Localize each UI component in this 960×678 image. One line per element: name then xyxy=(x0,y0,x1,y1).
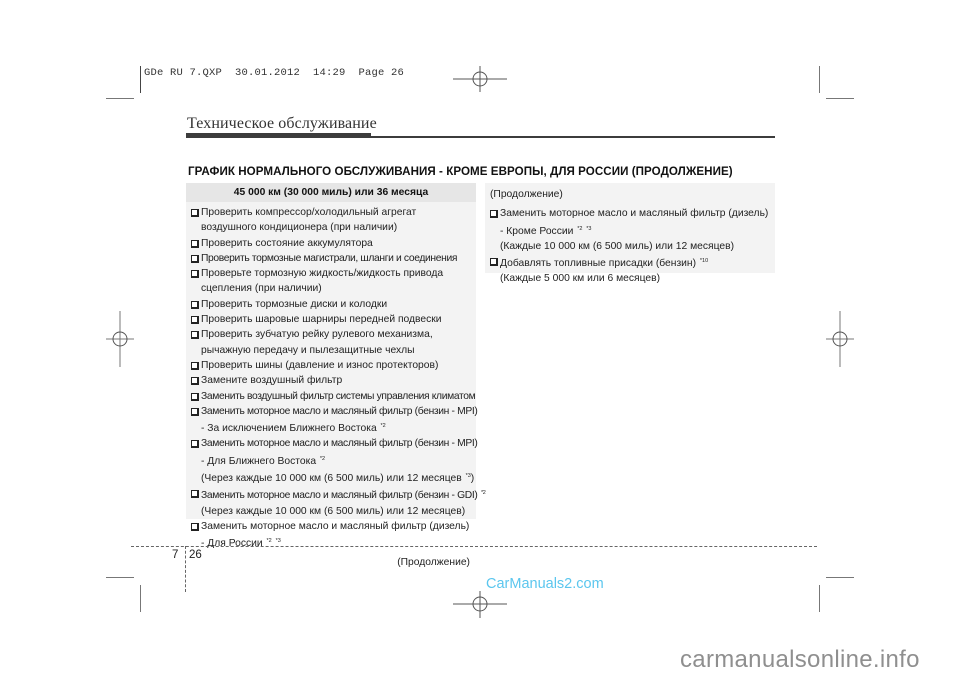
checklist-item-label: Проверить состояние аккумулятора xyxy=(201,238,373,249)
checklist-item-note: - Кроме России *2 *3 xyxy=(490,222,771,239)
checklist-item: Заменить моторное масло и масляный фильт… xyxy=(191,519,472,534)
registration-mark-top-icon xyxy=(453,52,507,106)
checklist-item: Заменить моторное масло и масляный фильт… xyxy=(191,404,472,419)
footnote-marker: *3 xyxy=(276,538,281,544)
checklist-item-label: Заменить моторное масло и масляный фильт… xyxy=(201,438,477,449)
checkbox-icon xyxy=(191,316,199,324)
footnote-marker: *2 xyxy=(267,538,272,544)
slug-bar xyxy=(140,66,141,93)
checklist-item-label: Проверить тормозные магистрали, шланги и… xyxy=(201,253,457,264)
checkbox-icon xyxy=(191,377,199,385)
checklist-item-label: Замените воздушный фильтр xyxy=(201,375,342,386)
footnote-marker: *2 xyxy=(481,490,486,496)
checklist-item: Заменить моторное масло и масляный фильт… xyxy=(490,206,771,221)
checkbox-icon xyxy=(490,258,498,266)
interval-header: 45 000 км (30 000 миль) или 36 месяца xyxy=(186,183,476,202)
checklist-item-note: - Для Ближнего Востока *2 xyxy=(191,452,472,469)
checklist-item: Проверить состояние аккумулятора xyxy=(191,236,472,251)
footer-rule xyxy=(131,546,817,547)
printer-slug: GDe RU 7.QXP 30.01.2012 14:29 Page 26 xyxy=(144,67,404,79)
section-rule-accent xyxy=(186,133,371,138)
checklist-item-label: Заменить моторное масло и масляный фильт… xyxy=(500,208,768,219)
watermark-carmanuals2[interactable]: CarManuals2.com xyxy=(486,576,604,592)
schedule-heading: ГРАФИК НОРМАЛЬНОГО ОБСЛУЖИВАНИЯ - КРОМЕ … xyxy=(188,165,733,178)
checkbox-icon xyxy=(490,210,498,218)
crop-mark-br-v xyxy=(819,585,820,612)
footer-divider xyxy=(185,546,186,592)
crop-mark-bl-h xyxy=(106,577,134,578)
crop-mark-tr-h xyxy=(826,98,854,99)
section-title: Техническое обслуживание xyxy=(187,115,377,133)
checklist-item-note: - Для России *2 *3 xyxy=(191,534,472,551)
checklist-item: Проверить шины (давление и износ протект… xyxy=(191,358,472,373)
checklist-item: Проверить зубчатую рейку рулевого механи… xyxy=(191,327,472,342)
checklist: Проверить компрессор/холодильный агрегат… xyxy=(186,202,476,570)
checklist-item-label: Проверить зубчатую рейку рулевого механи… xyxy=(201,329,433,340)
checklist-item-label: Заменить моторное масло и масляный фильт… xyxy=(201,490,485,501)
registration-mark-right-icon xyxy=(826,311,854,367)
checkbox-icon xyxy=(191,270,199,278)
checkbox-icon xyxy=(191,440,199,448)
page-number: 26 xyxy=(189,549,202,561)
checklist-item: Проверить компрессор/холодильный агрегат xyxy=(191,205,472,220)
footnote-marker: *2 xyxy=(577,226,582,232)
checkbox-icon xyxy=(191,240,199,248)
crop-mark-br-h xyxy=(826,577,854,578)
checklist-item: Проверьте тормозную жидкость/жидкость пр… xyxy=(191,266,472,281)
checklist-item: Замените воздушный фильтр xyxy=(191,373,472,388)
footnote-marker: *3 xyxy=(586,226,591,232)
checklist-item-note: сцепления (при наличии) xyxy=(191,281,472,296)
checklist-item-note: (Через каждые 10 000 км (6 500 миль) или… xyxy=(191,469,472,486)
checklist-item-label: Проверить шины (давление и износ протект… xyxy=(201,360,438,371)
checklist-item-note: (Каждые 5 000 км или 6 месяцев) xyxy=(490,271,771,286)
checkbox-icon xyxy=(191,209,199,217)
continued-box: (Продолжение) Заменить моторное масло и … xyxy=(485,183,775,273)
checklist-item-label: Проверьте тормозную жидкость/жидкость пр… xyxy=(201,268,443,279)
watermark-carmanualsonline[interactable]: carmanualsonline.info xyxy=(680,646,920,674)
maintenance-interval-box: 45 000 км (30 000 миль) или 36 месяца Пр… xyxy=(186,183,476,519)
checkbox-icon xyxy=(191,523,199,531)
checklist-item: Проверить шаровые шарниры передней подве… xyxy=(191,312,472,327)
checklist-item-label: Заменить моторное масло и масляный фильт… xyxy=(201,406,477,417)
checklist-item-label: Заменить моторное масло и масляный фильт… xyxy=(201,521,469,532)
checklist-item-note: (Каждые 10 000 км (6 500 миль) или 12 ме… xyxy=(490,239,771,254)
registration-mark-left-icon xyxy=(106,311,134,367)
checklist-item: Заменить моторное масло и масляный фильт… xyxy=(191,486,472,503)
checklist-item-label: Добавлять топливные присадки (бензин) *1… xyxy=(500,258,708,269)
footnote-marker: *3 xyxy=(466,473,471,479)
checklist-item-note: (Через каждые 10 000 км (6 500 миль) или… xyxy=(191,504,472,519)
checklist-item-label: Проверить тормозные диски и колодки xyxy=(201,299,387,310)
checklist-item: Проверить тормозные магистрали, шланги и… xyxy=(191,251,472,266)
checkbox-icon xyxy=(191,393,199,401)
footnote-marker: *2 xyxy=(381,423,386,429)
checklist-item: Добавлять топливные присадки (бензин) *1… xyxy=(490,254,771,271)
crop-mark-tr-v xyxy=(819,66,820,93)
checklist-item-label: Заменить воздушный фильтр системы управл… xyxy=(201,391,475,402)
checklist-item: Проверить тормозные диски и колодки xyxy=(191,297,472,312)
chapter-number: 7 xyxy=(172,549,178,561)
checklist-item-note: воздушного кондиционера (при наличии) xyxy=(191,220,472,235)
checkbox-icon xyxy=(191,331,199,339)
checkbox-icon xyxy=(191,301,199,309)
footnote-marker: *10 xyxy=(700,258,708,264)
checkbox-icon xyxy=(191,490,199,498)
continued-label-top: (Продолжение) xyxy=(490,187,771,202)
checklist-item-label: Проверить шаровые шарниры передней подве… xyxy=(201,314,442,325)
checkbox-icon xyxy=(191,362,199,370)
checklist-item-note: рычажную передачу и пылезащитные чехлы xyxy=(191,343,472,358)
checklist-item: Заменить моторное масло и масляный фильт… xyxy=(191,436,472,451)
crop-mark-tl-h xyxy=(106,98,134,99)
crop-mark-bl-v xyxy=(140,585,141,612)
checklist-item-label: Проверить компрессор/холодильный агрегат xyxy=(201,207,416,218)
checklist-item: Заменить воздушный фильтр системы управл… xyxy=(191,389,472,404)
checklist-item-note: - За исключением Ближнего Востока *2 xyxy=(191,419,472,436)
continued-label-bottom: (Продолжение) xyxy=(191,555,472,570)
checkbox-icon xyxy=(191,408,199,416)
footnote-marker: *2 xyxy=(320,456,325,462)
checklist-continued: Заменить моторное масло и масляный фильт… xyxy=(490,206,771,286)
checkbox-icon xyxy=(191,255,199,263)
